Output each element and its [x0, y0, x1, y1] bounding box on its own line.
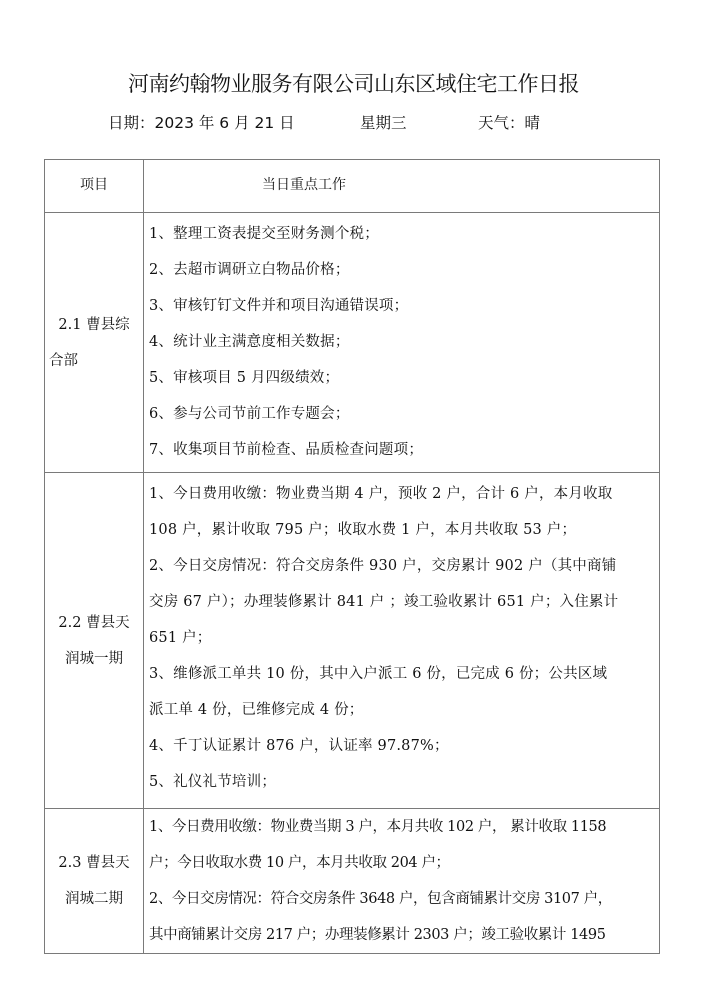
row-work-cell: 1、整理工资表提交至财务测个税； 2、去超市调研立白物品价格； 3、审核钉钉文件… — [144, 213, 660, 473]
work-item: 651 户； — [149, 620, 655, 656]
table-row: 2.2 曹县天 润城一期 1、今日费用收缴：物业费当期 4 户，预收 2 户，合… — [45, 473, 660, 809]
work-item: 其中商铺累计交房 217 户；办理装修累计 2303 户；竣工验收累计 1495 — [149, 917, 655, 953]
work-item: 5、礼仪礼节培训； — [149, 764, 655, 800]
report-date: 日期：2023 年 6 月 21 日 — [108, 111, 295, 133]
work-item: 1、今日费用收缴：物业费当期 3 户，本月共收 102 户， 累计收取 1158 — [149, 809, 655, 845]
daily-report-table: 项目 当日重点工作 2.1 曹县综 合部 1、整理工资表提交至财务测个税； 2、… — [44, 159, 660, 954]
work-item: 6、参与公司节前工作专题会； — [149, 396, 655, 432]
table-row: 2.3 曹县天 润城二期 1、今日费用收缴：物业费当期 3 户，本月共收 102… — [45, 809, 660, 954]
work-item: 交房 67 户）；办理装修累计 841 户 ；竣工验收累计 651 户；入住累计 — [149, 584, 655, 620]
work-item: 1、今日费用收缴：物业费当期 4 户，预收 2 户，合计 6 户，本月收取 — [149, 476, 655, 512]
work-item: 派工单 4 份，已维修完成 4 份； — [149, 692, 655, 728]
work-item: 2、今日交房情况：符合交房条件 3648 户，包含商铺累计交房 3107 户， — [149, 881, 655, 917]
row-item-cell: 2.3 曹县天 润城二期 — [45, 809, 144, 954]
header-item: 项目 — [45, 160, 144, 213]
item-label-line: 合部 — [45, 343, 143, 379]
row-item-cell: 2.2 曹县天 润城一期 — [45, 473, 144, 809]
work-item: 108 户，累计收取 795 户；收取水费 1 户，本月共收取 53 户； — [149, 512, 655, 548]
row-work-cell: 1、今日费用收缴：物业费当期 3 户，本月共收 102 户， 累计收取 1158… — [144, 809, 660, 954]
work-item: 4、统计业主满意度相关数据； — [149, 324, 655, 360]
item-label-line: 2.2 曹县天 — [45, 605, 143, 641]
work-item: 5、审核项目 5 月四级绩效； — [149, 360, 655, 396]
work-item: 3、审核钉钉文件并和项目沟通错误项； — [149, 288, 655, 324]
item-label-line: 润城一期 — [45, 641, 143, 677]
report-title: 河南约翰物业服务有限公司山东区域住宅工作日报 — [0, 68, 707, 98]
work-item: 3、维修派工单共 10 份，其中入户派工 6 份，已完成 6 份；公共区域 — [149, 656, 655, 692]
row-item-cell: 2.1 曹县综 合部 — [45, 213, 144, 473]
report-weather: 天气：晴 — [478, 111, 540, 133]
table-row: 2.1 曹县综 合部 1、整理工资表提交至财务测个税； 2、去超市调研立白物品价… — [45, 213, 660, 473]
work-item: 4、千丁认证累计 876 户，认证率 97.87%； — [149, 728, 655, 764]
work-item: 1、整理工资表提交至财务测个税； — [149, 216, 655, 252]
work-item: 2、今日交房情况：符合交房条件 930 户，交房累计 902 户（其中商铺 — [149, 548, 655, 584]
item-label-line: 2.1 曹县综 — [45, 307, 143, 343]
row-work-cell: 1、今日费用收缴：物业费当期 4 户，预收 2 户，合计 6 户，本月收取 10… — [144, 473, 660, 809]
report-weekday: 星期三 — [360, 111, 407, 133]
table-header-row: 项目 当日重点工作 — [45, 160, 660, 213]
work-item: 7、收集项目节前检查、品质检查问题项； — [149, 432, 655, 468]
item-label-line: 润城二期 — [45, 881, 143, 917]
item-label-line: 2.3 曹县天 — [45, 845, 143, 881]
work-item: 户；今日收取水费 10 户，本月共收取 204 户； — [149, 845, 655, 881]
work-item: 2、去超市调研立白物品价格； — [149, 252, 655, 288]
header-work: 当日重点工作 — [144, 160, 660, 213]
